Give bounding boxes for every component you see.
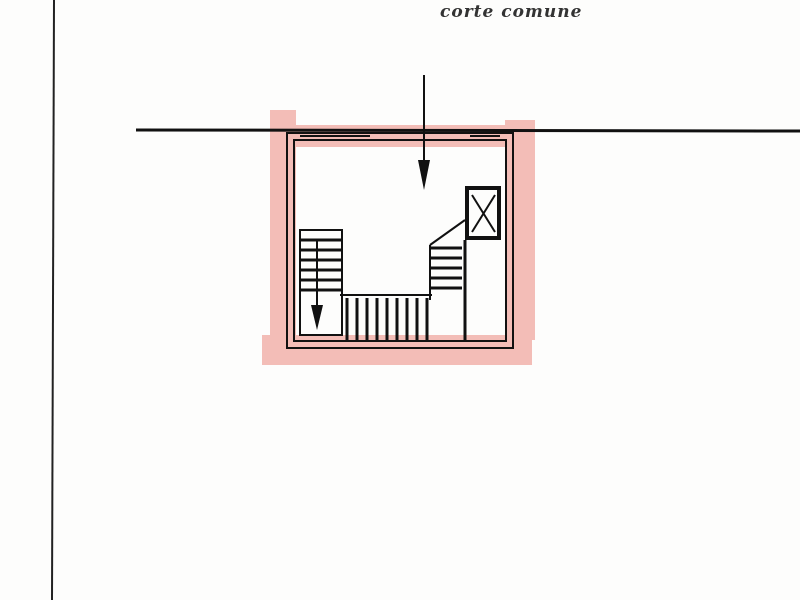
- stair-right: [430, 220, 465, 340]
- stair-bottom: [340, 295, 432, 340]
- boundary-line: [136, 130, 800, 131]
- sheet-border-line: [52, 0, 54, 600]
- floor-plan-drawing: [0, 0, 800, 600]
- lift-icon: [467, 188, 499, 238]
- stair-left: [300, 230, 342, 335]
